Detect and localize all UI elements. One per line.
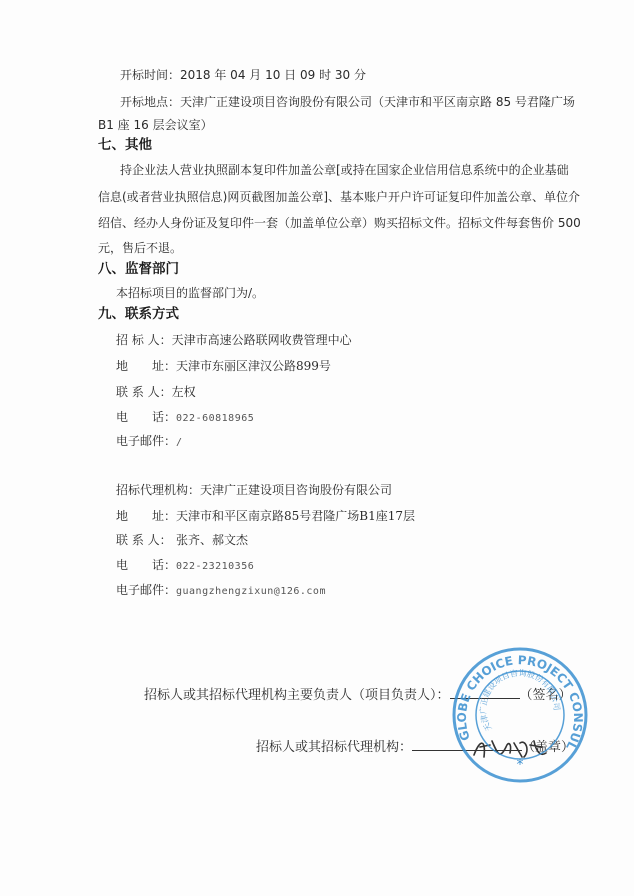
agency-email-label: 电子邮件： <box>116 583 176 597</box>
tenderer-name-label: 招 标 人： <box>116 333 172 347</box>
section9-heading: 九、联系方式 <box>98 307 179 321</box>
svg-text:天津广正建设项目咨询股份有限公司: 天津广正建设项目咨询股份有限公司 <box>478 668 561 733</box>
svg-text:GLOBE CHOICE PROJECT CONSULTIN: GLOBE CHOICE PROJECT CONSULTING INC. <box>452 647 585 753</box>
opening-place: 开标地点：天津广正建设项目咨询股份有限公司（天津市和平区南京路 85 号君隆广场 <box>120 95 575 109</box>
tenderer-contact-label: 联 系 人： <box>116 385 172 399</box>
tenderer-name: 天津市高速公路联网收费管理中心 <box>172 333 352 347</box>
section8-heading: 八、监督部门 <box>98 262 179 276</box>
agency-address: 天津市和平区南京路85号君隆广场B1座17层 <box>176 509 415 523</box>
leader-signature-label: 招标人或其招标代理机构主要负责人（项目负责人）： <box>144 688 450 703</box>
opening-place-cont: B1 座 16 层会议室） <box>98 118 213 132</box>
agency-contact-label: 联 系 人： <box>116 533 176 547</box>
section8-text: 本招标项目的监督部门为/。 <box>116 286 264 300</box>
tenderer-address-label: 地 址： <box>116 359 176 373</box>
org-seal-label: 招标人或其招标代理机构： <box>256 740 412 755</box>
agency-email: guangzhengzixun@126.com <box>176 586 326 597</box>
tenderer-phone-label: 电 话： <box>116 410 176 424</box>
tenderer-address: 天津市东丽区津汉公路899号 <box>176 359 331 373</box>
tenderer-email-label: 电子邮件： <box>116 434 176 448</box>
agency-contact-person: 张齐、郝文杰 <box>176 533 248 547</box>
opening-time: 开标时间：2018 年 04 月 10 日 09 时 30 分 <box>120 68 366 82</box>
tenderer-contact-person: 左权 <box>172 385 196 399</box>
agency-name-label: 招标代理机构： <box>116 483 200 497</box>
opening-time-label: 开标时间： <box>120 68 180 82</box>
agency-name: 天津广正建设项目咨询股份有限公司 <box>200 483 392 497</box>
seal-inner-text: 天津广正建设项目咨询股份有限公司 <box>478 668 561 733</box>
section7-line: 信息(或者营业执照信息)网页截图加盖公章]、基本账户开户许可证复印件加盖公章、单… <box>98 190 580 204</box>
section7-line: 持企业法人营业执照副本复印件加盖公章[或持在国家企业信用信息系统中的企业基础 <box>120 163 569 177</box>
tenderer-email: / <box>176 437 183 448</box>
opening-place-label: 开标地点： <box>120 95 180 109</box>
seal-star: * <box>517 757 524 773</box>
seal-outer-text: GLOBE CHOICE PROJECT CONSULTING INC. <box>452 647 585 753</box>
agency-address-label: 地 址： <box>116 509 176 523</box>
opening-place-value: 天津广正建设项目咨询股份有限公司（天津市和平区南京路 85 号君隆广场 <box>180 95 575 109</box>
opening-time-value: 2018 年 04 月 10 日 09 时 30 分 <box>180 68 366 82</box>
section7-line: 绍信、经办人身份证及复印件一套（加盖单位公章）购买招标文件。招标文件每套售价 5… <box>98 216 581 230</box>
agency-phone: 022-23210356 <box>176 561 254 572</box>
tenderer-phone: 022-60818965 <box>176 413 254 424</box>
agency-phone-label: 电 话： <box>116 558 176 572</box>
company-seal-icon: GLOBE CHOICE PROJECT CONSULTING INC. 天津广… <box>452 647 588 783</box>
section7-line: 元，售后不退。 <box>98 241 182 255</box>
section7-heading: 七、其他 <box>98 138 152 152</box>
